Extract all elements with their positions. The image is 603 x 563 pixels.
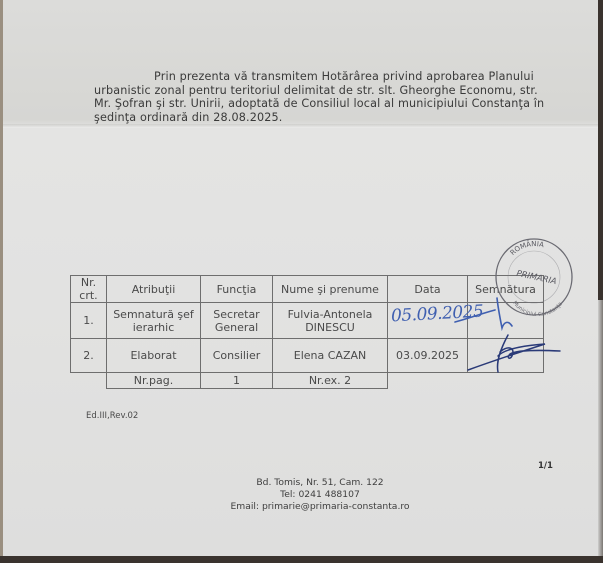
cell-nr: 2. [71, 339, 107, 373]
header-data: Data [388, 276, 468, 303]
nr-ex: Nr.ex. 2 [273, 373, 388, 389]
intro-line: Prin prezenta vă transmitem Hotărârea pr… [154, 70, 534, 83]
stamp-top-text: ROMÂNIA [509, 239, 545, 257]
intro-line: Mr. Şofran şi str. Unirii, adoptată de C… [94, 97, 580, 111]
header-nume: Nume şi prenume [273, 276, 388, 303]
edition-label: Ed.III,Rev.02 [86, 411, 138, 421]
cell-semnatura [468, 339, 544, 373]
cell-atributii: Elaborat [107, 339, 201, 373]
nr-pag-label: Nr.pag. [107, 373, 201, 389]
cell-functia: Consilier [201, 339, 273, 373]
page-indicator: 1/1 [538, 461, 553, 471]
signature-table: Nr. crt. Atribuţii Funcţia Nume şi prenu… [70, 275, 544, 389]
cell-nr: 1. [71, 303, 107, 339]
paper-edge [0, 0, 3, 556]
cell-functia: Secretar General [201, 303, 273, 339]
cell-data: 03.09.2025 [388, 339, 468, 373]
cell-atributii: Semnatură şef ierarhic [107, 303, 201, 339]
cell-nume: Fulvia-Antonela DINESCU [273, 303, 388, 339]
header-atributii: Atribuţii [107, 276, 201, 303]
paper-edge-shadow [598, 300, 603, 556]
nr-pag-value: 1 [201, 373, 273, 389]
intro-line: urbanistic zonal pentru teritoriul delim… [94, 84, 580, 98]
header-nr: Nr. crt. [71, 276, 107, 303]
footer-phone: Tel: 0241 488107 [220, 489, 420, 501]
footer-email: Email: primarie@primaria-constanta.ro [220, 501, 420, 513]
intro-paragraph: Prin prezenta vă transmitem Hotărârea pr… [94, 70, 580, 124]
stamp-center-text: PRIMARIA [515, 269, 557, 287]
header-functia: Funcţia [201, 276, 273, 303]
table-row: 2. Elaborat Consilier Elena CAZAN 03.09.… [71, 339, 544, 373]
cell-nume: Elena CAZAN [273, 339, 388, 373]
table-header-row: Nr. crt. Atribuţii Funcţia Nume şi prenu… [71, 276, 544, 303]
official-stamp: ROMÂNIA PRIMARIA Municipiul Constanţa [493, 236, 575, 318]
paper-fold [0, 124, 598, 128]
svg-text:ROMÂNIA: ROMÂNIA [509, 239, 545, 257]
document-footer: Bd. Tomis, Nr. 51, Cam. 122 Tel: 0241 48… [220, 477, 420, 513]
intro-line: şedinţa ordinară din 28.08.2025. [94, 111, 580, 125]
table-footer-row: Nr.pag. 1 Nr.ex. 2 [71, 373, 544, 389]
footer-address: Bd. Tomis, Nr. 51, Cam. 122 [220, 477, 420, 489]
